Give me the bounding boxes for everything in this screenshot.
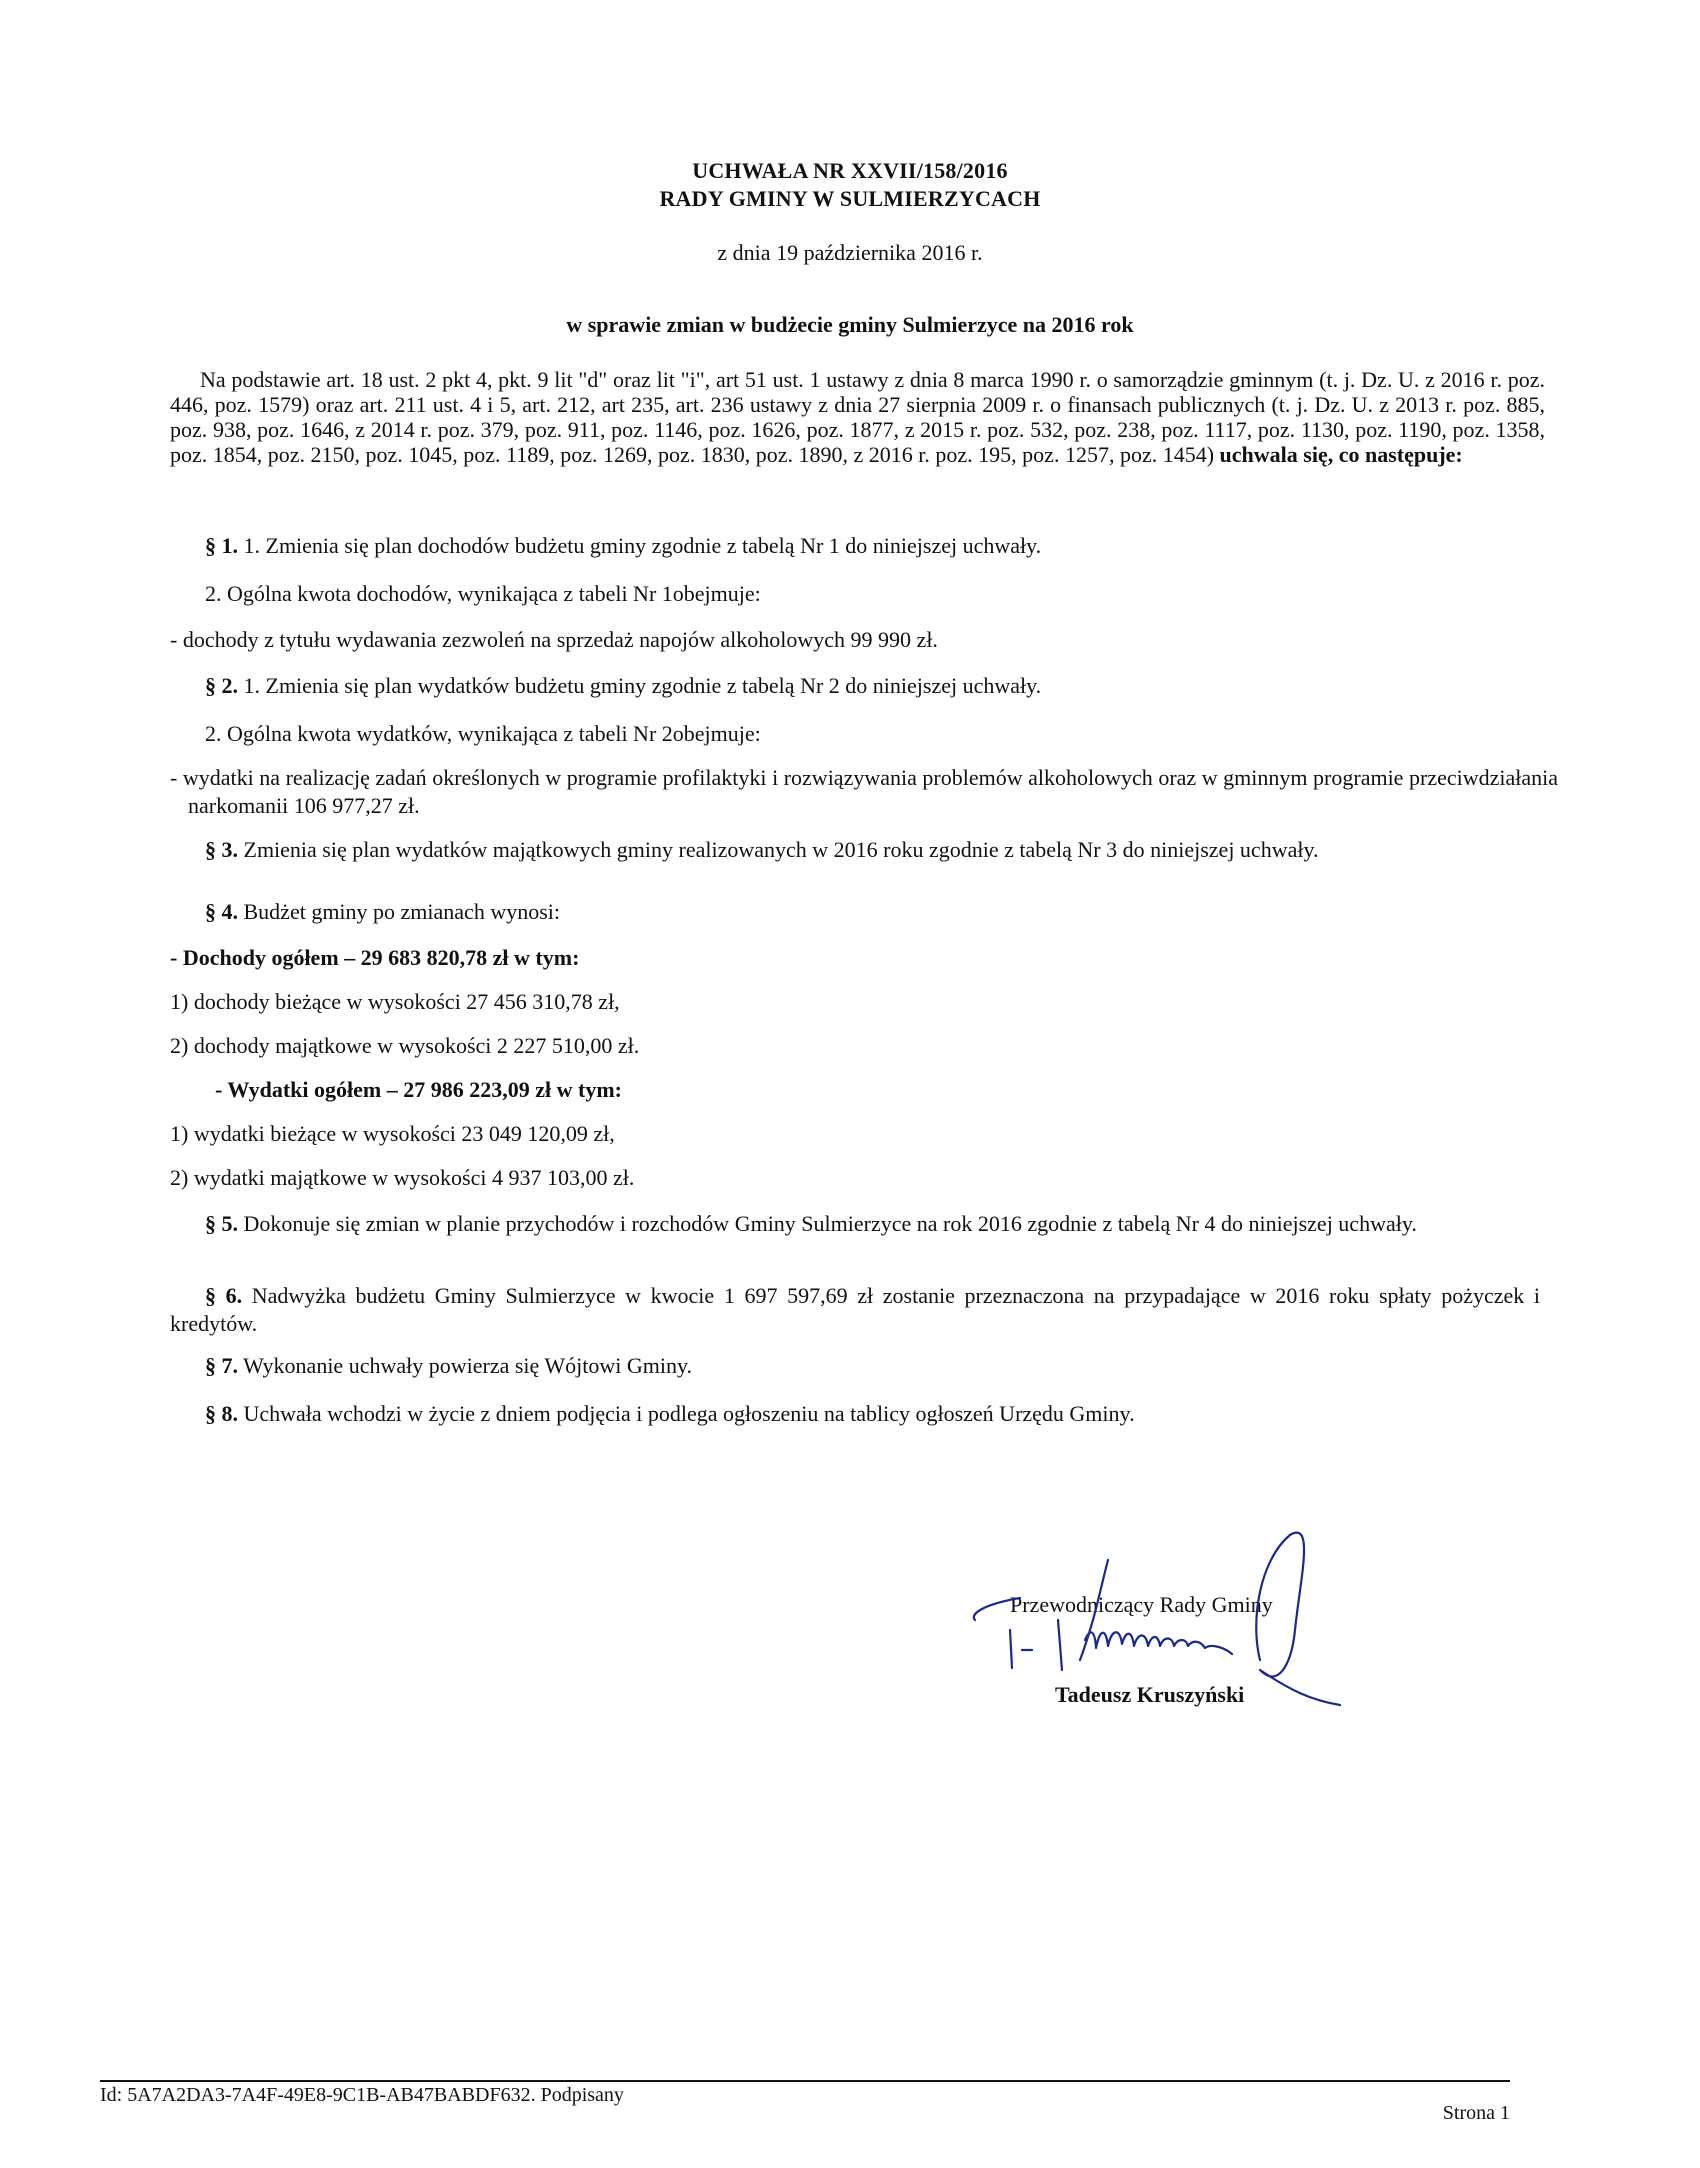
section-5: § 5. Dokonuje się zmian w planie przycho… — [170, 1210, 1540, 1238]
section-1-point-1-text: 1. Zmienia się plan dochodów budżetu gmi… — [244, 533, 1042, 558]
section-7-text: Wykonanie uchwały powierza się Wójtowi G… — [243, 1353, 692, 1378]
section-1-point-2: 2. Ogólna kwota dochodów, wynikająca z t… — [205, 580, 761, 608]
handwritten-signature-icon — [960, 1520, 1460, 1750]
preamble: Na podstawie art. 18 ust. 2 pkt 4, pkt. … — [170, 367, 1545, 467]
section-2-mark: § 2. — [205, 673, 238, 698]
income-property: 2) dochody majątkowe w wysokości 2 227 5… — [170, 1032, 639, 1060]
preamble-closing: uchwala się, co następuje: — [1220, 442, 1463, 467]
resolution-number: UCHWAŁA NR XXVII/158/2016 — [0, 158, 1700, 184]
section-3: § 3. Zmienia się plan wydatków majątkowy… — [170, 836, 1540, 864]
expense-total: - Wydatki ogółem – 27 986 223,09 zł w ty… — [215, 1076, 622, 1104]
section-8-mark: § 8. — [205, 1401, 238, 1426]
section-2-point-2: 2. Ogólna kwota wydatków, wynikająca z t… — [205, 720, 761, 748]
section-8-text: Uchwała wchodzi w życie z dniem podjęcia… — [244, 1401, 1135, 1426]
section-1-point-1: § 1. 1. Zmienia się plan dochodów budżet… — [205, 532, 1041, 560]
section-1-item: - dochody z tytułu wydawania zezwoleń na… — [170, 626, 938, 654]
footer-divider — [100, 2080, 1510, 2082]
document-page: UCHWAŁA NR XXVII/158/2016 RADY GMINY W S… — [0, 0, 1700, 2168]
section-6: § 6. Nadwyżka budżetu Gminy Sulmierzyce … — [170, 1282, 1540, 1338]
section-2-item: - wydatki na realizację zadań określonyc… — [170, 764, 1558, 820]
section-1-mark: § 1. — [205, 533, 238, 558]
section-2-point-1-text: 1. Zmienia się plan wydatków budżetu gmi… — [244, 673, 1042, 698]
section-3-mark: § 3. — [205, 837, 238, 862]
section-3-text: Zmienia się plan wydatków majątkowych gm… — [244, 837, 1319, 862]
expense-current: 1) wydatki bieżące w wysokości 23 049 12… — [170, 1120, 615, 1148]
section-2-point-1: § 2. 1. Zmienia się plan wydatków budżet… — [205, 672, 1041, 700]
resolution-date: z dnia 19 października 2016 r. — [0, 240, 1700, 266]
section-7: § 7. Wykonanie uchwały powierza się Wójt… — [205, 1352, 692, 1380]
resolution-subject: w sprawie zmian w budżecie gminy Sulmier… — [0, 312, 1700, 338]
section-7-mark: § 7. — [205, 1353, 238, 1378]
page-number: Strona 1 — [1443, 2102, 1510, 2125]
section-5-mark: § 5. — [205, 1211, 238, 1236]
section-4-mark: § 4. — [205, 899, 238, 924]
income-total: - Dochody ogółem – 29 683 820,78 zł w ty… — [170, 944, 579, 972]
section-5-text: Dokonuje się zmian w planie przychodów i… — [244, 1211, 1417, 1236]
section-6-mark: § 6. — [205, 1283, 242, 1308]
section-4: § 4. Budżet gminy po zmianach wynosi: — [205, 898, 560, 926]
council-name: RADY GMINY W SULMIERZYCACH — [0, 186, 1700, 212]
section-6-text: Nadwyżka budżetu Gminy Sulmierzyce w kwo… — [170, 1283, 1540, 1336]
income-current: 1) dochody bieżące w wysokości 27 456 31… — [170, 988, 620, 1016]
section-8: § 8. Uchwała wchodzi w życie z dniem pod… — [205, 1400, 1135, 1428]
section-4-text: Budżet gminy po zmianach wynosi: — [244, 899, 561, 924]
expense-property: 2) wydatki majątkowe w wysokości 4 937 1… — [170, 1164, 634, 1192]
document-id: Id: 5A7A2DA3-7A4F-49E8-9C1B-AB47BABDF632… — [100, 2084, 624, 2107]
